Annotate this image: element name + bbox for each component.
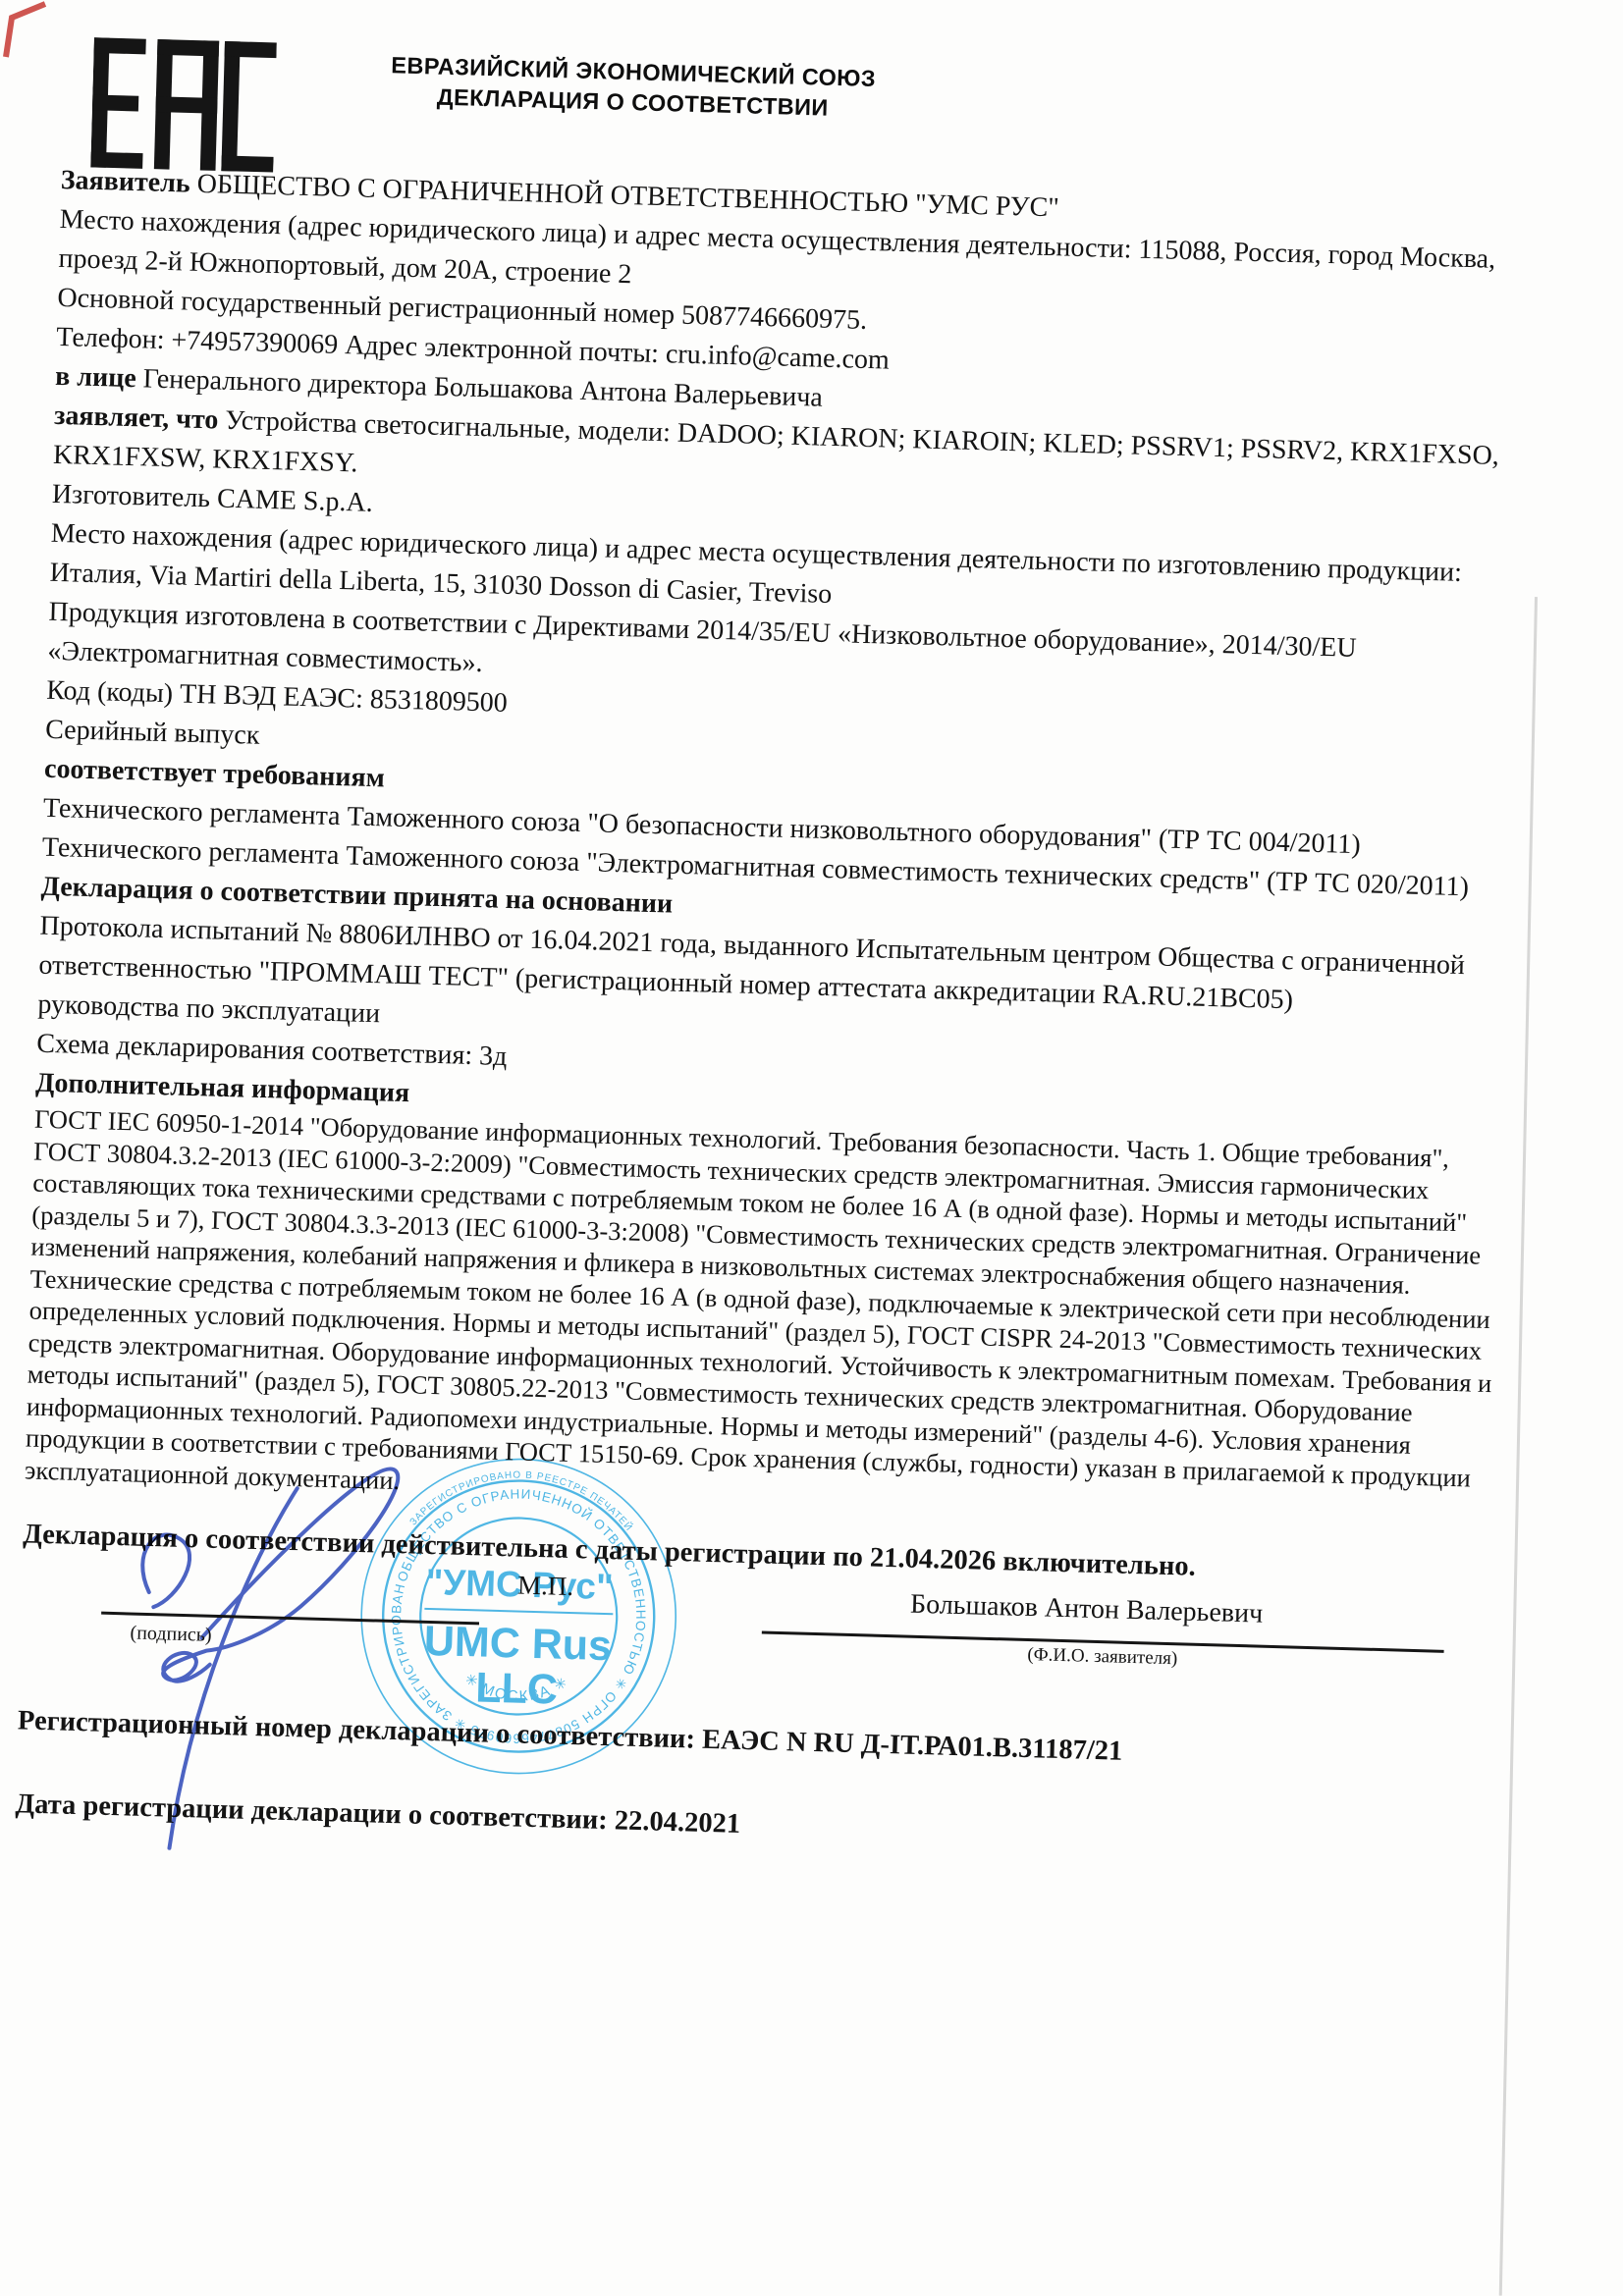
applicant-label: Заявитель bbox=[60, 165, 190, 199]
signature-caption: (подпись) bbox=[130, 1622, 212, 1646]
stamp-place-label: М.П. bbox=[517, 1570, 574, 1602]
scanned-declaration-page: { "header": { "line1": "ЕВРАЗИЙСКИЙ ЭКОН… bbox=[0, 0, 1623, 2296]
eac-logo-icon bbox=[90, 37, 277, 173]
declares-label: заявляет, что bbox=[54, 400, 219, 436]
document-page: ЕВРАЗИЙСКИЙ ЭКОНОМИЧЕСКИЙ СОЮЗ ДЕКЛАРАЦИ… bbox=[14, 35, 1530, 1909]
red-corner-mark bbox=[2, 0, 53, 61]
document-title: ЕВРАЗИЙСКИЙ ЭКОНОМИЧЕСКИЙ СОЮЗ ДЕКЛАРАЦИ… bbox=[318, 48, 947, 127]
represented-label: в лице bbox=[55, 361, 136, 394]
applicant-fio-name: Большаков Антон Валерьевич bbox=[708, 1583, 1465, 1635]
company-stamp-seal: ЗАРЕГИСТРИРОВАНО В РЕЕСТРЕ ПЕЧАТЕЙ ОБЩЕС… bbox=[348, 1445, 690, 1788]
stamp-center-en: UMC Rus bbox=[423, 1618, 612, 1670]
